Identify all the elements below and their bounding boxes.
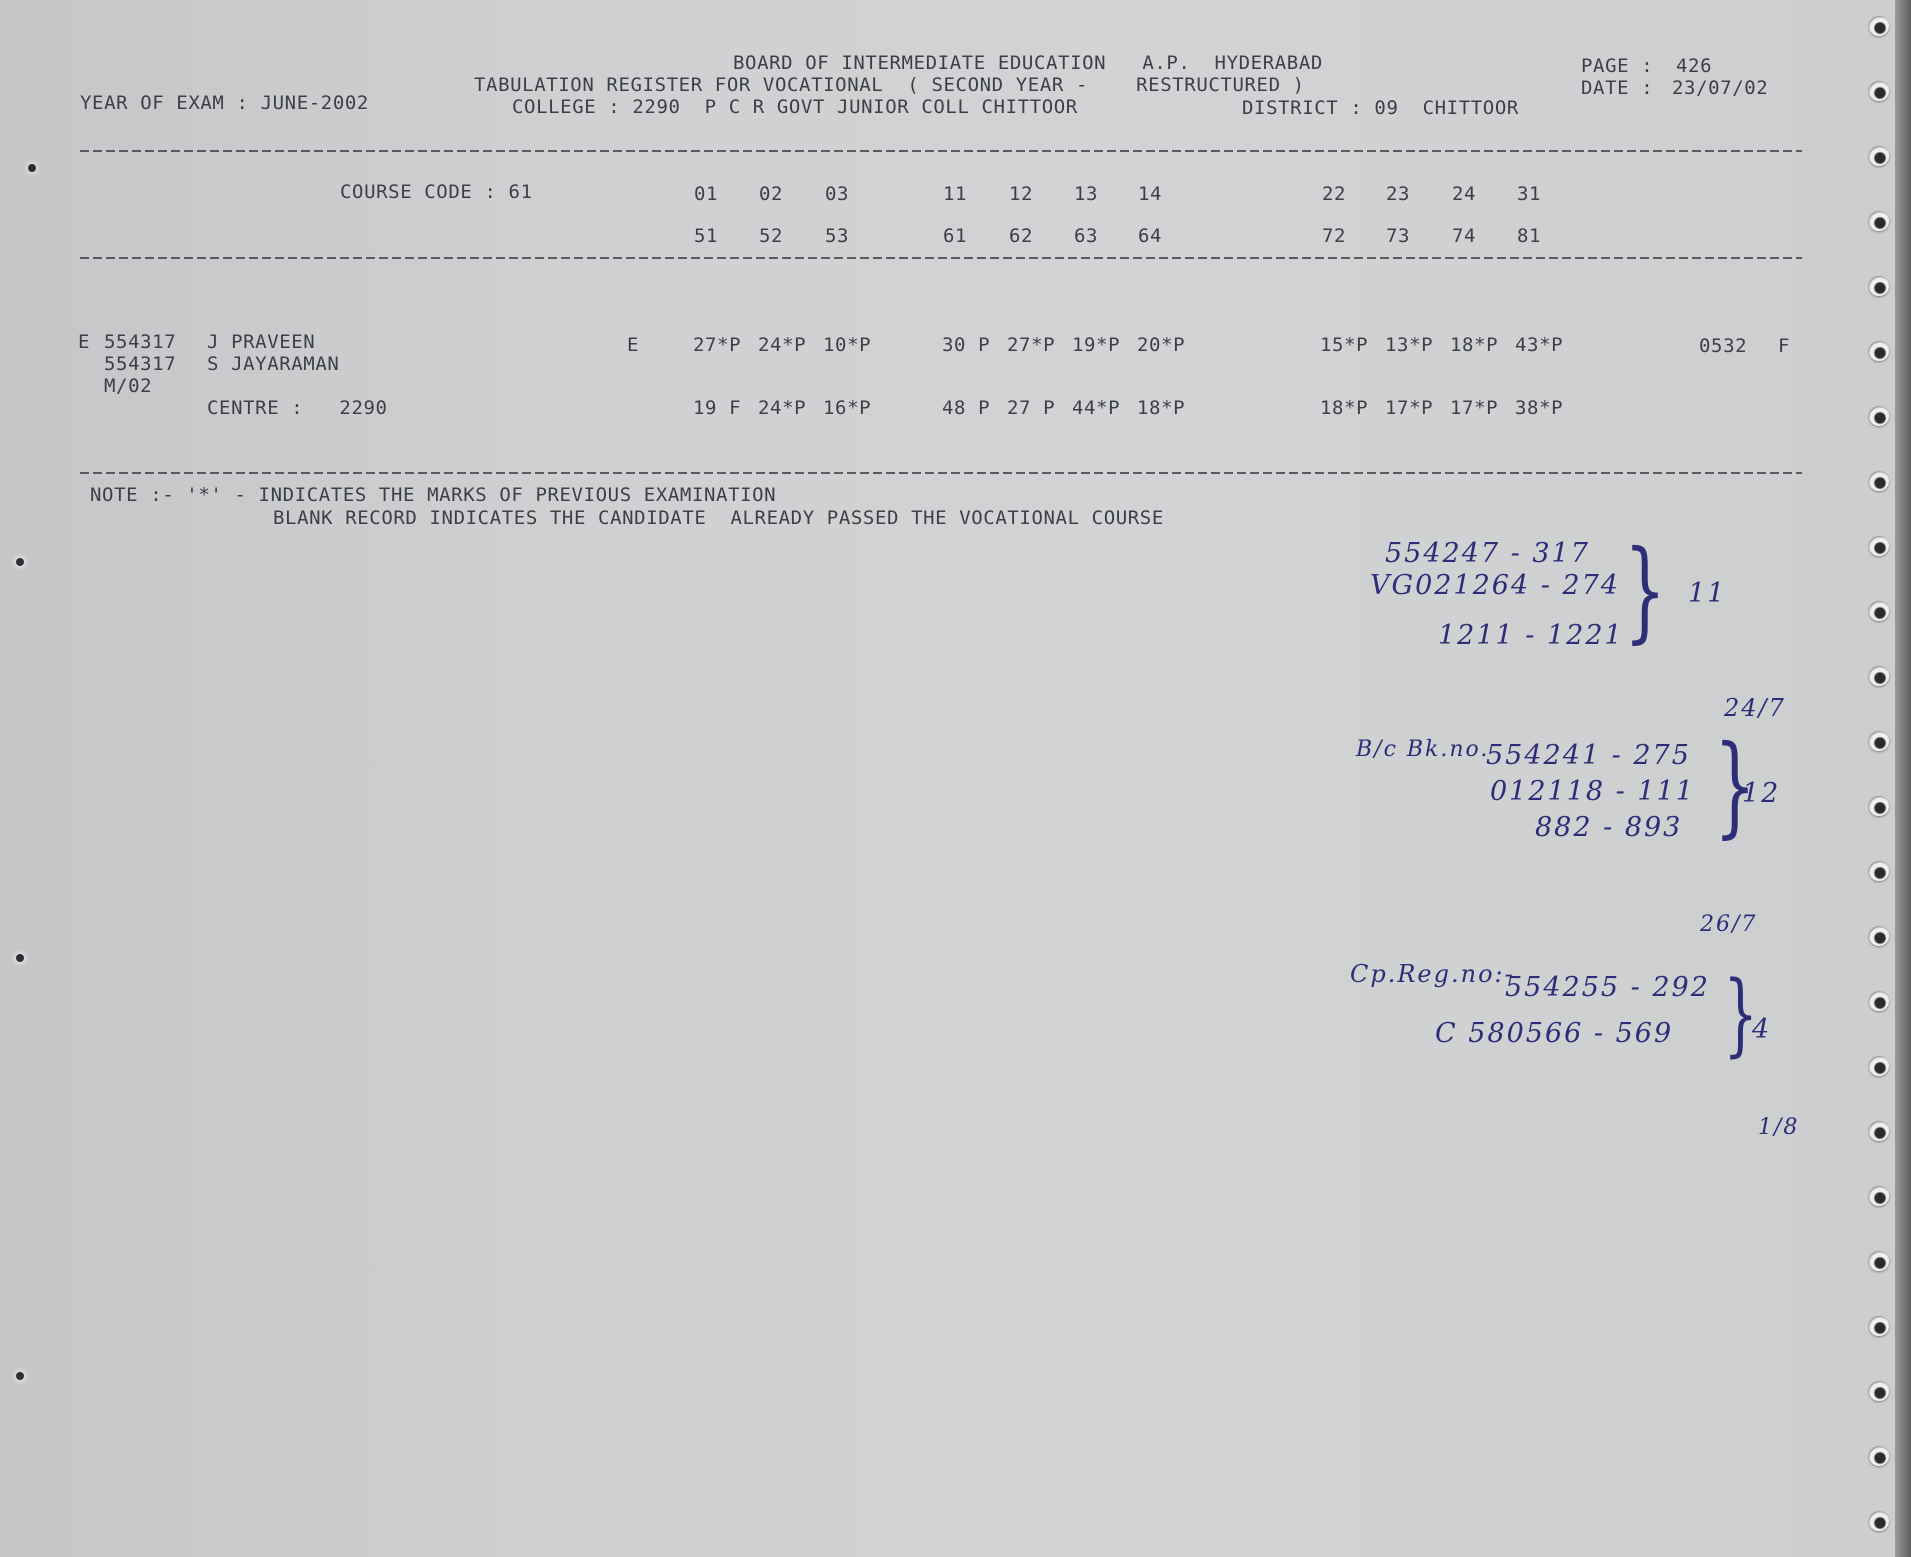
- district-line: DISTRICT : 09 CHITTOOR: [1242, 97, 1519, 119]
- handwritten-label: Cp.Reg.no:-: [1350, 960, 1515, 988]
- handwritten-range: 554241 - 275: [1486, 740, 1691, 771]
- paper-edge: [1895, 0, 1911, 1557]
- year-of-exam: YEAR OF EXAM : JUNE-2002: [80, 92, 369, 114]
- note-line-2: BLANK RECORD INDICATES THE CANDIDATE ALR…: [273, 507, 1164, 529]
- course-code-label: COURSE CODE : 61: [340, 181, 533, 203]
- mark-cell: 27*P: [1007, 334, 1055, 356]
- mark-cell: 16*P: [823, 397, 871, 419]
- code: 63: [1074, 225, 1098, 247]
- feed-hole-icon: [1869, 406, 1889, 426]
- date-label: DATE :: [1581, 77, 1653, 99]
- feed-hole-icon: [1869, 1056, 1889, 1076]
- code: 62: [1009, 225, 1033, 247]
- mark-cell: 27*P: [693, 334, 741, 356]
- feed-hole-icon: [1869, 146, 1889, 166]
- mark-cell: 19 F: [693, 397, 741, 419]
- divider-line: [80, 472, 1802, 474]
- feed-hole-icon: [1869, 796, 1889, 816]
- feed-hole-icon: [1869, 211, 1889, 231]
- handwritten-range: 554247 - 317: [1385, 538, 1590, 569]
- handwritten-count: 12: [1742, 778, 1780, 809]
- mark-cell: 19*P: [1072, 334, 1120, 356]
- code: 64: [1138, 225, 1162, 247]
- code: 14: [1138, 183, 1162, 205]
- feed-hole-icon: [1869, 341, 1889, 361]
- mark-cell: 17*P: [1450, 397, 1498, 419]
- feed-hole-icon: [1869, 731, 1889, 751]
- note-line-1: NOTE :- '*' - INDICATES THE MARKS OF PRE…: [90, 484, 776, 506]
- handwritten-range: 554255 - 292: [1505, 972, 1710, 1003]
- centre-code: CENTRE : 2290: [207, 397, 388, 419]
- total-marks: 0532: [1699, 335, 1747, 357]
- feed-hole-icon: [1869, 536, 1889, 556]
- code: 02: [759, 183, 783, 205]
- mark-cell: 13*P: [1385, 334, 1433, 356]
- handwritten-date: 24/7: [1724, 694, 1786, 722]
- gender-year: M/02: [104, 375, 152, 397]
- candidate-name: J PRAVEEN: [207, 331, 315, 353]
- mark-cell: 43*P: [1515, 334, 1563, 356]
- code: 74: [1452, 225, 1476, 247]
- mark-cell: 18*P: [1450, 334, 1498, 356]
- code: 31: [1517, 183, 1541, 205]
- handwritten-date: 1/8: [1758, 1115, 1799, 1140]
- feed-hole-icon: [1869, 601, 1889, 621]
- mark-cell: 18*P: [1137, 397, 1185, 419]
- handwritten-count: 11: [1688, 578, 1726, 609]
- mark-cell: 10*P: [823, 334, 871, 356]
- code: 23: [1386, 183, 1410, 205]
- feed-hole-icon: [1869, 276, 1889, 296]
- mark-cell: 17*P: [1385, 397, 1433, 419]
- mark-cell: 38*P: [1515, 397, 1563, 419]
- punch-hole-icon: [16, 558, 24, 566]
- feed-hole-icon: [1869, 471, 1889, 491]
- feed-hole-icon: [1869, 16, 1889, 36]
- code: 22: [1322, 183, 1346, 205]
- handwritten-range: 882 - 893: [1535, 812, 1682, 843]
- register-title: TABULATION REGISTER FOR VOCATIONAL ( SEC…: [474, 74, 1305, 96]
- mark-cell: 44*P: [1072, 397, 1120, 419]
- hall-ticket-number: 554317: [104, 331, 176, 353]
- code: 24: [1452, 183, 1476, 205]
- feed-hole-icon: [1869, 861, 1889, 881]
- handwritten-range: 1211 - 1221: [1438, 620, 1624, 651]
- punch-hole-icon: [16, 954, 24, 962]
- handwritten-range: 012118 - 111: [1490, 776, 1695, 807]
- feed-hole-icon: [1869, 1121, 1889, 1141]
- registration-number: 554317: [104, 353, 176, 375]
- divider-line: [80, 150, 1802, 152]
- mark-cell: 18*P: [1320, 397, 1368, 419]
- mark-cell: 24*P: [758, 397, 806, 419]
- feed-hole-icon: [1869, 926, 1889, 946]
- code: 11: [943, 183, 967, 205]
- handwritten-range: VG021264 - 274: [1370, 570, 1620, 601]
- punch-hole-icon: [28, 164, 36, 172]
- mark-cell: 24*P: [758, 334, 806, 356]
- board-title: BOARD OF INTERMEDIATE EDUCATION A.P. HYD…: [733, 52, 1323, 74]
- code: 81: [1517, 225, 1541, 247]
- page-label: PAGE :: [1581, 55, 1653, 77]
- mark-cell: 48 P: [942, 397, 990, 419]
- handwritten-count: 4: [1752, 1014, 1771, 1045]
- feed-hole-icon: [1869, 1186, 1889, 1206]
- divider-line: [80, 257, 1802, 259]
- record-prefix: E: [78, 331, 90, 353]
- code: 72: [1322, 225, 1346, 247]
- code: 03: [825, 183, 849, 205]
- code: 61: [943, 225, 967, 247]
- handwritten-label: B/c Bk.no.: [1356, 737, 1489, 762]
- feed-hole-icon: [1869, 991, 1889, 1011]
- code: 73: [1386, 225, 1410, 247]
- father-name: S JAYARAMAN: [207, 353, 339, 375]
- feed-hole-icon: [1869, 1511, 1889, 1531]
- feed-hole-icon: [1869, 666, 1889, 686]
- handwritten-date: 26/7: [1700, 912, 1757, 937]
- feed-hole-icon: [1869, 1316, 1889, 1336]
- college-line: COLLEGE : 2290 P C R GOVT JUNIOR COLL CH…: [512, 96, 1078, 118]
- feed-hole-icon: [1869, 1446, 1889, 1466]
- result-status: F: [1778, 335, 1790, 357]
- code: 51: [694, 225, 718, 247]
- mark-cell: 20*P: [1137, 334, 1185, 356]
- code: 53: [825, 225, 849, 247]
- mark-cell: 15*P: [1320, 334, 1368, 356]
- handwritten-range: C 580566 - 569: [1435, 1018, 1673, 1049]
- page-number: 426: [1676, 55, 1712, 77]
- medium: E: [627, 334, 639, 356]
- mark-cell: 27 P: [1007, 397, 1055, 419]
- date-value: 23/07/02: [1672, 77, 1768, 99]
- brace-icon: }: [1624, 535, 1666, 645]
- feed-hole-icon: [1869, 1251, 1889, 1271]
- code: 12: [1009, 183, 1033, 205]
- punch-hole-icon: [16, 1372, 24, 1380]
- code: 52: [759, 225, 783, 247]
- feed-hole-icon: [1869, 1381, 1889, 1401]
- code: 13: [1074, 183, 1098, 205]
- mark-cell: 30 P: [942, 334, 990, 356]
- feed-hole-icon: [1869, 81, 1889, 101]
- code: 01: [694, 183, 718, 205]
